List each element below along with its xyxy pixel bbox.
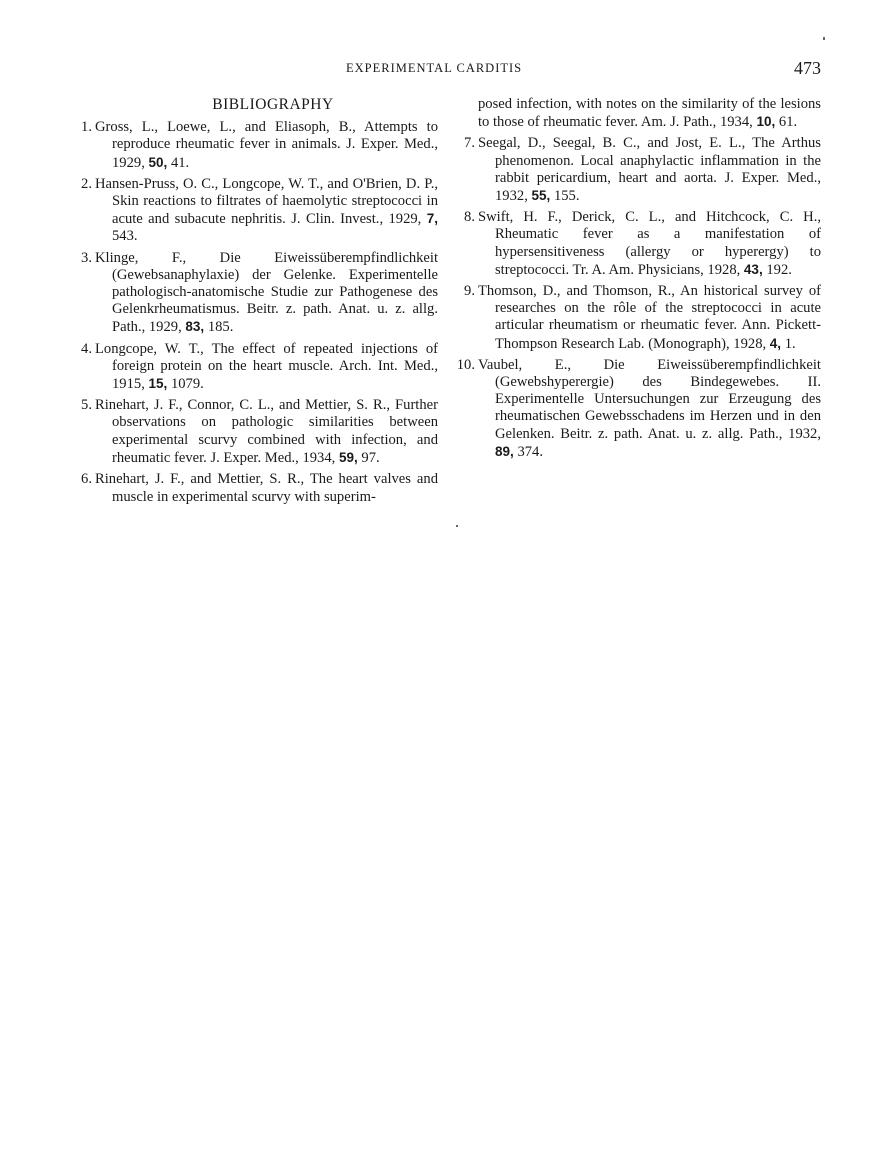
- reference-number: 2.: [72, 176, 92, 193]
- reference-text: Thomson, D., and Thomson, R., An histori…: [478, 283, 821, 353]
- reference-text: Swift, H. F., Derick, C. L., and Hitchco…: [478, 209, 821, 279]
- reference-item: 5.Rinehart, J. F., Connor, C. L., and Me…: [78, 397, 438, 467]
- reference-item: 9.Thomson, D., and Thomson, R., An histo…: [461, 283, 821, 353]
- reference-text: Seegal, D., Seegal, B. C., and Jost, E. …: [478, 135, 821, 205]
- right-column: posed infection, with notes on the simil…: [461, 96, 821, 465]
- reference-text: Longcope, W. T., The effect of repeated …: [95, 341, 438, 394]
- reference-number: 8.: [455, 209, 475, 226]
- reference-item: 2.Hansen-Pruss, O. C., Longcope, W. T., …: [78, 176, 438, 246]
- running-head: EXPERIMENTAL CARDITIS 473: [0, 61, 890, 81]
- running-title: EXPERIMENTAL CARDITIS: [346, 61, 522, 76]
- reference-item: 1.Gross, L., Loewe, L., and Eliasoph, B.…: [78, 119, 438, 172]
- reference-item: 3.Klinge, F., Die Eiweissüberempfindlich…: [78, 250, 438, 337]
- left-column: BIBLIOGRAPHY 1.Gross, L., Loewe, L., and…: [78, 96, 438, 510]
- reference-text: Gross, L., Loewe, L., and Eliasoph, B., …: [95, 119, 438, 172]
- reference-item: 7.Seegal, D., Seegal, B. C., and Jost, E…: [461, 135, 821, 205]
- reference-number: 6.: [72, 471, 92, 488]
- reference-text: Hansen-Pruss, O. C., Longcope, W. T., an…: [95, 176, 438, 246]
- reference-number: 3.: [72, 250, 92, 267]
- reference-number: 4.: [72, 341, 92, 358]
- reference-item: 4.Longcope, W. T., The effect of repeate…: [78, 341, 438, 394]
- reference-text: Rinehart, J. F., Connor, C. L., and Mett…: [95, 397, 438, 467]
- bibliography-title: BIBLIOGRAPHY: [78, 96, 438, 113]
- reference-list-right: 7.Seegal, D., Seegal, B. C., and Jost, E…: [461, 135, 821, 461]
- reference-item: 10.Vaubel, E., Die Eiweissüberempfindlic…: [461, 357, 821, 461]
- reference-6-continuation: posed infection, with notes on the simil…: [461, 96, 821, 131]
- reference-text: Klinge, F., Die Eiweissüberempfindlichke…: [95, 250, 438, 337]
- reference-number: 10.: [455, 357, 475, 374]
- reference-number: 7.: [455, 135, 475, 152]
- reference-number: 5.: [72, 397, 92, 414]
- scan-speck: [823, 37, 825, 40]
- reference-item: 6.Rinehart, J. F., and Mettier, S. R., T…: [78, 471, 438, 506]
- reference-number: 9.: [455, 283, 475, 300]
- page-number: 473: [794, 58, 821, 79]
- scan-speck: [456, 525, 458, 527]
- reference-item: 8.Swift, H. F., Derick, C. L., and Hitch…: [461, 209, 821, 279]
- reference-text: Rinehart, J. F., and Mettier, S. R., The…: [95, 471, 438, 506]
- reference-number: 1.: [72, 119, 92, 136]
- reference-list-left: 1.Gross, L., Loewe, L., and Eliasoph, B.…: [78, 119, 438, 506]
- reference-text: Vaubel, E., Die Eiweissüberempfindlichke…: [478, 357, 821, 461]
